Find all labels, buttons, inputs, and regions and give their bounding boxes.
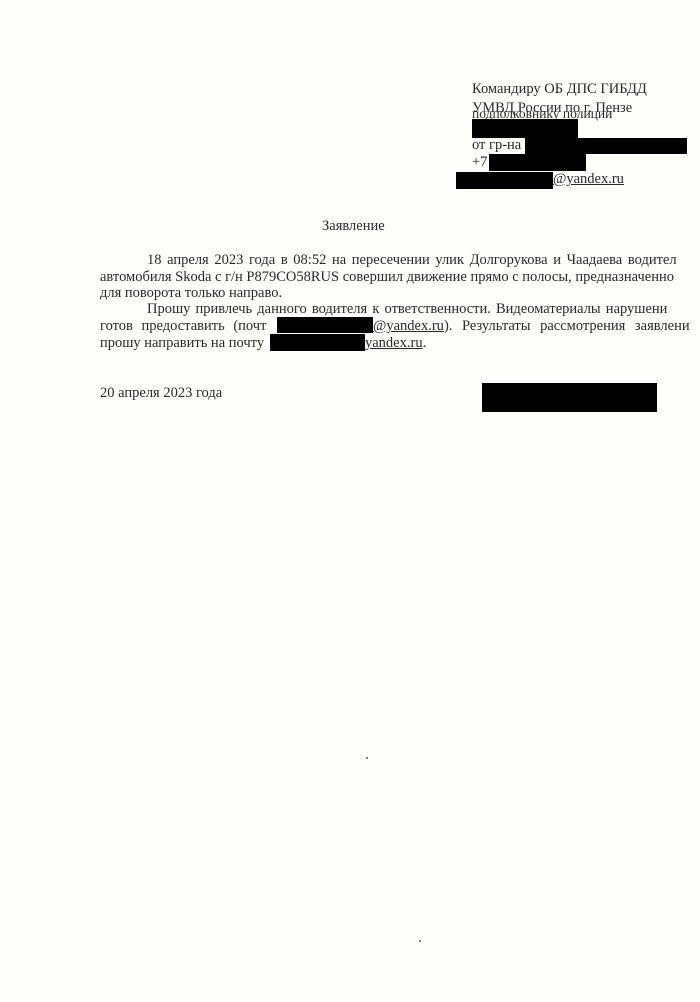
redaction-email-user — [456, 172, 553, 189]
scan-speck — [366, 757, 368, 759]
email-link-2: yandex.ru — [365, 335, 423, 351]
paragraph-2-line-3-rest: yandex.ru. — [365, 335, 426, 352]
paragraph-2-line-1: Прошу привлечь данного водителя к ответс… — [147, 301, 700, 318]
addressee-line-1: Командиру ОБ ДПС ГИБДД — [472, 80, 647, 99]
redaction-phone — [489, 154, 586, 171]
paragraph-2-line-2-end: ). Результаты рассмотрения заявлени — [444, 318, 690, 334]
redaction-signature — [482, 383, 657, 412]
paragraph-1-line-2: автомобиля Skoda с г/н Р879СО58RUS совер… — [100, 269, 700, 286]
paragraph-1-line-1: 18 апреля 2023 года в 08:52 на пересечен… — [147, 252, 700, 269]
email-link-1: @yandex.ru — [373, 318, 444, 334]
redaction-email-1 — [277, 317, 373, 333]
scan-speck — [419, 940, 421, 942]
paragraph-2-line-3-end: . — [423, 335, 427, 351]
paragraph-2-line-2-rest: @yandex.ru). Результаты рассмотрения зая… — [373, 318, 690, 335]
paragraph-1-line-3: для поворота только направо. — [100, 285, 700, 302]
email-suffix: @yandex.ru — [553, 170, 624, 189]
paragraph-2-line-2-start: готов предоставить (почт — [100, 318, 266, 334]
paragraph-2-line-3-start: прошу направить на почту — [100, 335, 264, 351]
phone-prefix: +7 — [472, 153, 487, 172]
document-date: 20 апреля 2023 года — [100, 385, 222, 402]
document-title: Заявление — [322, 218, 385, 235]
redaction-email-2 — [270, 334, 365, 351]
redaction-applicant-name — [525, 138, 687, 154]
